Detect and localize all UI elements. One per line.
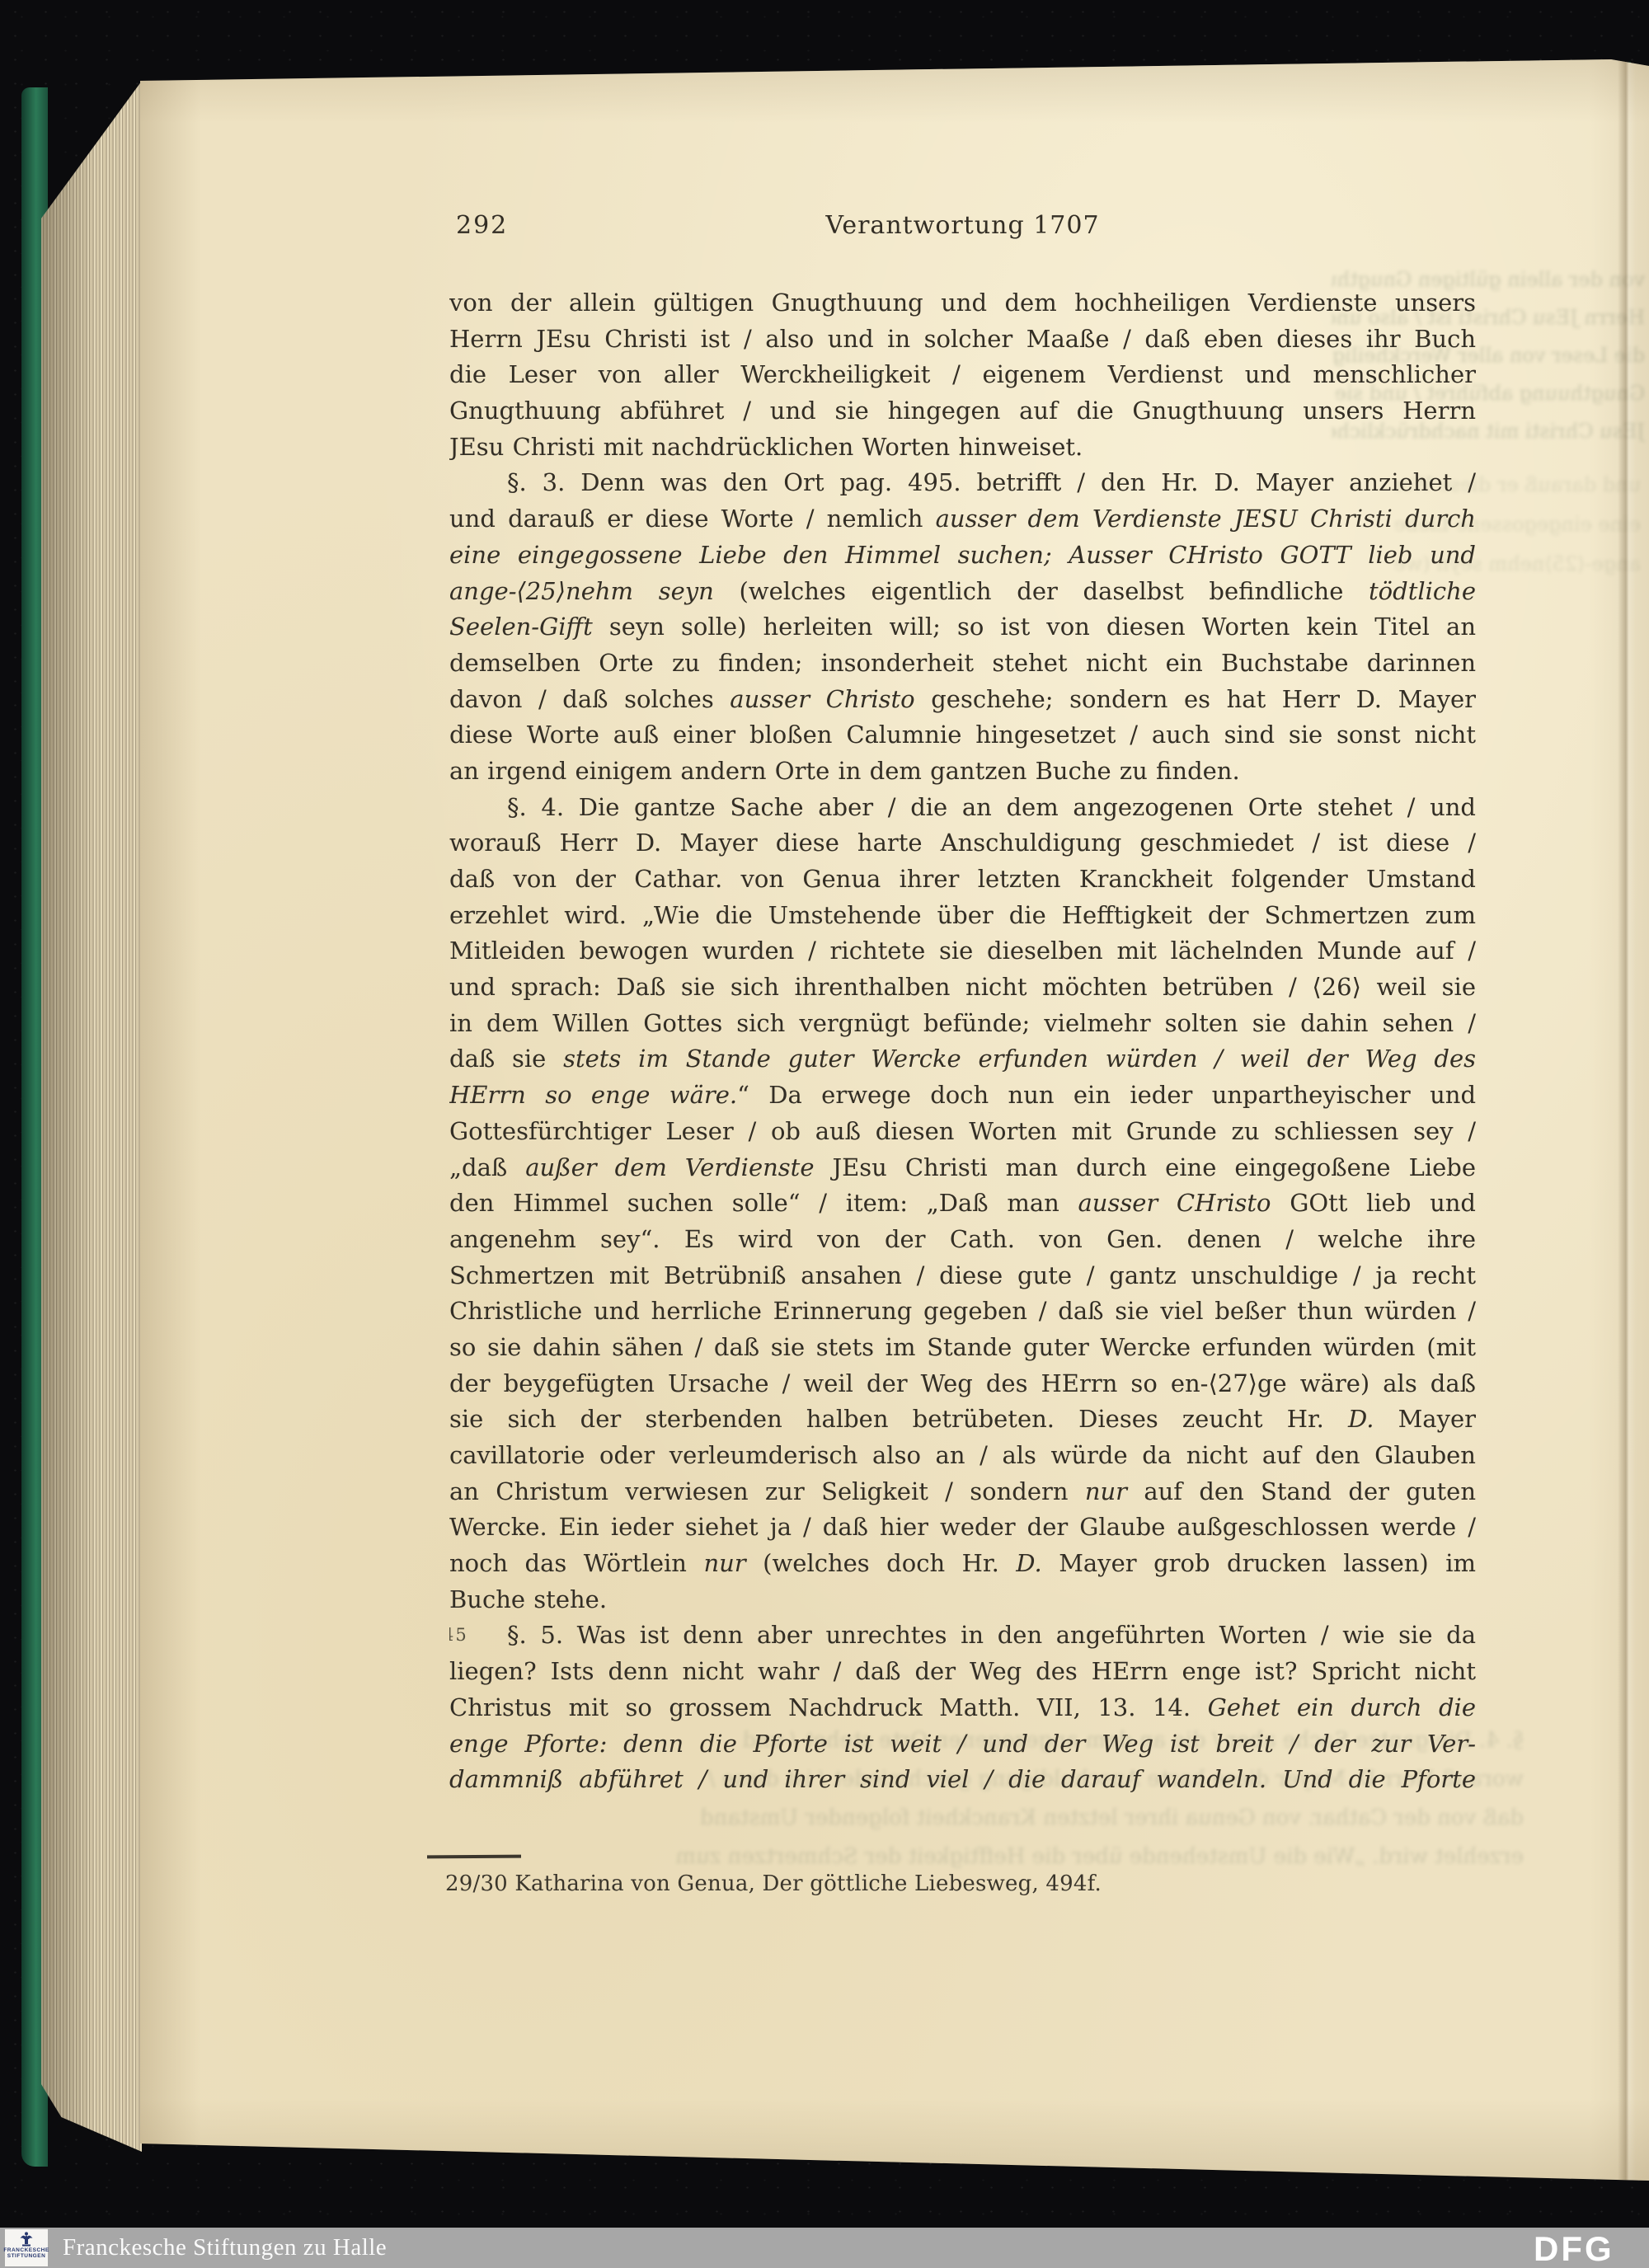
text-run: JEsu Christi mit nachdrücklichen Worten … <box>449 433 1083 461</box>
text-run: Christus mit so grossem Nachdruck Matth.… <box>449 1693 1208 1721</box>
text-line: „daß außer dem Verdienste JEsu Christi m… <box>449 1150 1476 1186</box>
text-line: Buche stehe. <box>449 1582 1476 1618</box>
text-run: eine eingegossene Liebe den Himmel suche… <box>449 541 1476 569</box>
text-line: Gnugthuung abführet / und sie hingegen a… <box>449 393 1476 430</box>
text-line: und sprach: Daß sie sich ihrenthalben ni… <box>449 970 1476 1006</box>
text-run: Herrn JEsu Christi ist / also und in sol… <box>449 325 1476 353</box>
text-run: demselben Orte zu finden; insonderheit s… <box>449 649 1476 677</box>
footnote-label: 29/30 <box>445 1871 508 1896</box>
text-line: sie sich der sterbenden halben betrübete… <box>449 1402 1476 1438</box>
text-line: den Himmel suchen solle“ / item: „Daß ma… <box>449 1186 1476 1222</box>
text-line: worauß Herr D. Mayer diese harte Anschul… <box>449 825 1476 862</box>
text-run: (welches eigentlich der daselbst befindl… <box>739 577 1369 605</box>
text-run: ange-⟨25⟩nehm seyn <box>449 577 739 605</box>
text-line: enge Pforte: denn die Pforte ist weit / … <box>449 1726 1476 1763</box>
text-line: der beygefügten Ursache / weil der Weg d… <box>449 1366 1476 1402</box>
page-stack-fore-edge <box>41 74 142 2156</box>
text-line: ange-⟨25⟩nehm seyn (welches eigentlich d… <box>449 574 1476 610</box>
text-run: Mayer grob drucken lassen) im <box>1042 1549 1476 1577</box>
text-run: Wercke. Ein ieder siehet ja / daß hier w… <box>449 1513 1476 1541</box>
text-run: Mitleiden bewogen wurden / richtete sie … <box>449 937 1476 965</box>
text-run: liegen? Ists denn nicht wahr / daß der W… <box>449 1657 1476 1685</box>
text-run: diese Worte auß einer bloßen Calumnie hi… <box>449 721 1476 749</box>
text-run: und sprach: Daß sie sich ihrenthalben ni… <box>449 973 1476 1001</box>
text-run: worauß Herr D. Mayer diese harte Anschul… <box>449 829 1476 857</box>
footnote-text: Katharina von Genua, Der göttliche Liebe… <box>514 1871 1102 1896</box>
text-line: an irgend einigem andern Orte in dem gan… <box>449 754 1476 790</box>
text-run: erzehlet wird. „Wie die Umstehende über … <box>449 901 1476 929</box>
text-run: noch das Wörtlein <box>449 1549 703 1577</box>
text-line: 45§. 5. Was ist denn aber unrechtes in d… <box>449 1618 1476 1654</box>
text-line: angenehm sey“. Es wird von der Cath. von… <box>449 1222 1476 1258</box>
text-run: daß sie <box>449 1045 563 1073</box>
francke-logo-text-line2: STIFTUNGEN <box>7 2253 46 2259</box>
text-run: sie sich der sterbenden halben betrübete… <box>449 1405 1348 1433</box>
text-run: und darauß er diese Worte / nemlich <box>449 505 936 533</box>
text-run: D. <box>1348 1405 1374 1433</box>
scan-viewport: von der allein gültigen Gnugthuung und d… <box>0 0 1649 2268</box>
text-line: Seelen-Gifft seyn solle) herleiten will;… <box>449 609 1476 646</box>
text-run: geschehe; sondern es hat Herr D. Mayer <box>915 685 1476 713</box>
text-run: enge Pforte: denn die Pforte ist weit / … <box>449 1730 1476 1758</box>
text-run: davon / daß solches <box>449 685 730 713</box>
text-line: Christliche und herrliche Erinnerung geg… <box>449 1294 1476 1330</box>
text-line: in dem Willen Gottes sich vergnügt befün… <box>449 1006 1476 1042</box>
text-line: 20diese Worte auß einer bloßen Calumnie … <box>449 717 1476 754</box>
text-run: §. 4. Die gantze Sache aber / die an dem… <box>507 793 1476 821</box>
text-run: Gottesfürchtiger Leser / ob auß diesen W… <box>449 1117 1476 1145</box>
text-run: (welches doch Hr. <box>746 1549 1017 1577</box>
text-run: die Leser von aller Werckheiligkeit / ei… <box>449 360 1476 388</box>
text-run: angenehm sey“. Es wird von der Cath. von… <box>449 1225 1476 1253</box>
text-line: daß sie stets im Stande guter Wercke erf… <box>449 1041 1476 1078</box>
viewer-bottom-bar: FRANCKESCHE STIFTUNGEN Franckesche Stift… <box>0 2228 1649 2268</box>
text-run: an irgend einigem andern Orte in dem gan… <box>449 757 1240 785</box>
text-run: tödtliche <box>1369 577 1476 605</box>
text-line: an Christum verwiesen zur Seligkeit / so… <box>449 1474 1476 1510</box>
francke-eagle-icon <box>17 2231 35 2247</box>
text-line: Mitleiden bewogen wurden / richtete sie … <box>449 933 1476 970</box>
text-line: von der allein gültigen Gnugthuung und d… <box>449 285 1476 322</box>
text-run: stets im Stande guter Wercke erfunden wü… <box>563 1045 1476 1073</box>
page-crease <box>1618 59 1636 2185</box>
text-run: an Christum verwiesen zur Seligkeit / so… <box>449 1477 1085 1505</box>
text-run: “ Da erwege doch nun ein ieder unparthey… <box>737 1081 1476 1109</box>
text-run: GOtt lieb und <box>1290 1189 1476 1217</box>
text-run: §. 3. Denn was den Ort pag. 495. betriff… <box>507 468 1476 496</box>
text-run: §. 5. Was ist denn aber unrechtes in den… <box>507 1621 1476 1649</box>
text-line: liegen? Ists denn nicht wahr / daß der W… <box>449 1654 1476 1690</box>
text-line: §. 3. Denn was den Ort pag. 495. betriff… <box>449 465 1476 501</box>
text-run: HErrn so enge wäre. <box>449 1081 737 1109</box>
text-line: 10die Leser von aller Werckheiligkeit / … <box>449 357 1476 393</box>
text-run: JEsu Christi man durch eine eingegoßene … <box>832 1153 1476 1181</box>
text-line: Wercke. Ein ieder siehet ja / daß hier w… <box>449 1510 1476 1546</box>
text-line: 35Schmertzen mit Betrübniß ansahen / die… <box>449 1258 1476 1294</box>
text-run: nur <box>703 1549 745 1577</box>
text-line: 15eine eingegossene Liebe den Himmel suc… <box>449 538 1476 574</box>
text-run: Schmertzen mit Betrübniß ansahen / diese… <box>449 1261 1476 1289</box>
page-number: 292 <box>456 211 508 240</box>
text-line: so sie dahin sähen / daß sie stets im St… <box>449 1330 1476 1366</box>
text-line: Gottesfürchtiger Leser / ob auß diesen W… <box>449 1114 1476 1150</box>
text-run: in dem Willen Gottes sich vergnügt befün… <box>449 1009 1476 1037</box>
text-line: und darauß er diese Worte / nemlich auss… <box>449 501 1476 538</box>
text-run: ausser dem Verdienste JESU Christi durch <box>936 505 1476 533</box>
text-run: Seelen-Gifft <box>449 613 609 641</box>
text-run: Christliche und herrliche Erinnerung geg… <box>449 1297 1476 1325</box>
text-run: außer dem Verdienste <box>525 1153 832 1181</box>
text-line: 25erzehlet wird. „Wie die Umstehende übe… <box>449 898 1476 934</box>
francke-logo-text-line1: FRANCKESCHE <box>3 2247 49 2253</box>
text-run: seyn solle) herleiten will; so ist von d… <box>609 613 1476 641</box>
text-line: §. 4. Die gantze Sache aber / die an dem… <box>449 790 1476 826</box>
text-run: Gehet ein durch die <box>1208 1693 1476 1721</box>
dfg-logo: DFG <box>1534 2228 1614 2268</box>
text-run: den Himmel suchen solle“ / item: „Daß ma… <box>449 1189 1078 1217</box>
text-run: nur <box>1085 1477 1127 1505</box>
text-line: noch das Wörtlein nur (welches doch Hr. … <box>449 1546 1476 1582</box>
running-head: 292 Verantwortung 1707 <box>449 211 1476 247</box>
text-run: auf den Stand der guten <box>1127 1477 1476 1505</box>
text-run: Mayer <box>1374 1405 1476 1433</box>
text-line: dammniß abführet / und ihrer sind viel /… <box>449 1762 1476 1798</box>
text-line: demselben Orte zu finden; insonderheit s… <box>449 646 1476 682</box>
institution-title: Franckesche Stiftungen zu Halle <box>63 2228 387 2268</box>
text-run: „daß <box>449 1153 525 1181</box>
text-line: 40cavillatorie oder verleumderisch also … <box>449 1438 1476 1474</box>
text-line: daß von der Cathar. von Genua ihrer letz… <box>449 862 1476 898</box>
text-run: von der allein gültigen Gnugthuung und d… <box>449 289 1476 317</box>
text-line: 30HErrn so enge wäre.“ Da erwege doch nu… <box>449 1078 1476 1114</box>
francke-logo: FRANCKESCHE STIFTUNGEN <box>5 2229 48 2266</box>
text-run: Gnugthuung abführet / und sie hingegen a… <box>449 397 1476 425</box>
text-run: der beygefügten Ursache / weil der Weg d… <box>449 1369 1476 1397</box>
text-run: so sie dahin sähen / daß sie stets im St… <box>449 1333 1476 1361</box>
text-run: dammniß abführet / und ihrer sind viel /… <box>449 1765 1476 1793</box>
text-line: Herrn JEsu Christi ist / also und in sol… <box>449 322 1476 358</box>
text-run: cavillatorie oder verleumderisch also an… <box>449 1441 1476 1469</box>
book-page: von der allein gültigen Gnugthuung und d… <box>140 59 1649 2185</box>
text-line: JEsu Christi mit nachdrücklichen Worten … <box>449 430 1476 466</box>
text-line: davon / daß solches ausser Christo gesch… <box>449 682 1476 718</box>
text-line: Christus mit so grossem Nachdruck Matth.… <box>449 1690 1476 1726</box>
page-text: von der allein gültigen Gnugthuung und d… <box>449 285 1476 1798</box>
text-run: ausser Christo <box>730 685 914 713</box>
footnote: 29/30 Katharina von Genua, Der göttliche… <box>445 1871 1476 1896</box>
text-run: daß von der Cathar. von Genua ihrer letz… <box>449 865 1476 893</box>
running-title: Verantwortung 1707 <box>825 211 1099 240</box>
text-run: ausser CHristo <box>1078 1189 1290 1217</box>
footnote-rule <box>427 1855 521 1859</box>
text-run: Buche stehe. <box>449 1585 607 1613</box>
text-run: D. <box>1016 1549 1041 1577</box>
